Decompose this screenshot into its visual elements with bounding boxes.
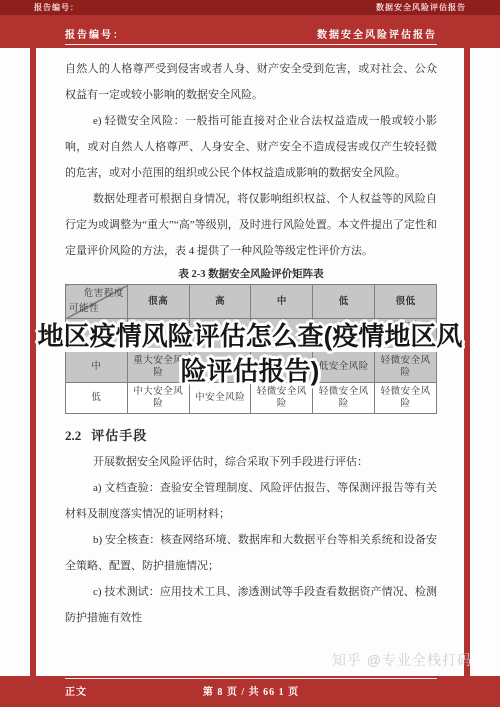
column-header: 很低 (375, 285, 437, 319)
section-number: 2.2 (65, 428, 81, 443)
top-red-band: 报告编号： 数据安全风险评估报告 报告编号： 数据安全风险评估报告 (0, 0, 500, 48)
paragraph: 开展数据安全风险评估时，综合采取下列手段进行评估： (65, 449, 437, 475)
bottom-red-band: 正文 第 8 页 / 共 66 1 页 (0, 676, 500, 707)
paragraph: 自然人的人格尊严受到侵害或者人身、财产安全受到危害，或对社会、公众权益有一定或较… (65, 56, 437, 108)
mini-report-title: 数据安全风险评估报告 (376, 2, 466, 15)
mini-title-bar: 报告编号： 数据安全风险评估报告 (0, 0, 500, 15)
column-header: 中 (251, 285, 313, 319)
overlay-headline-line1: 地区疫情风险评估怎么查(疫情地区风 (20, 319, 480, 354)
overlay-headline-line2: 险评估报告) (20, 354, 480, 389)
zhihu-watermark: 知乎 @专业全栈打码 (332, 650, 472, 670)
page-number: 第 8 页 / 共 66 1 页 (65, 683, 437, 698)
document-page: 报告编号： 数据安全风险评估报告 报告编号： 数据安全风险评估报告 自然人的人格… (0, 0, 500, 707)
table-corner-cell: 危害程度 可能性 (66, 285, 128, 319)
header-rule (65, 44, 437, 45)
overlay-headline: 地区疫情风险评估怎么查(疫情地区风 险评估报告) (20, 319, 480, 389)
mini-report-number-label: 报告编号： (34, 2, 79, 15)
page-header-row: 报告编号： 数据安全风险评估报告 (65, 26, 437, 41)
table-header-row: 危害程度 可能性 很高 高 中 低 很低 (66, 285, 437, 319)
corner-likelihood-label: 可能性 (69, 303, 99, 315)
paragraph: e) 轻微安全风险：一般指可能直接对企业合法权益造成一般或较小影响，或对自然人人… (65, 108, 437, 186)
column-header: 低 (313, 285, 375, 319)
column-header: 高 (189, 285, 251, 319)
section-heading: 2.2评估手段 (65, 422, 437, 449)
corner-harm-label: 危害程度 (84, 288, 124, 300)
paragraph: 数据处理者可根据自身情况，将仅影响组织权益、个人权益等的风险自行定为或调整为“重… (65, 186, 437, 264)
column-header: 很高 (127, 285, 189, 319)
paragraph: c) 技术测试：应用技术工具、渗透测试等手段查看数据资产情况、检测防护措施有效性 (65, 579, 437, 631)
section-title: 评估手段 (91, 428, 147, 443)
paragraph: a) 文档查验：查验安全管理制度、风险评估报告、等保测评报告等有关材料及制度落实… (65, 475, 437, 527)
report-number-label: 报告编号： (65, 26, 125, 41)
report-title: 数据安全风险评估报告 (317, 26, 437, 41)
table-caption: 表 2-3 数据安全风险评价矩阵表 (65, 266, 437, 284)
paragraph: b) 安全核查：核查网络环境、数据库和大数据平台等相关系统和设备安全策略、配置、… (65, 527, 437, 579)
footer-rule (65, 678, 437, 679)
